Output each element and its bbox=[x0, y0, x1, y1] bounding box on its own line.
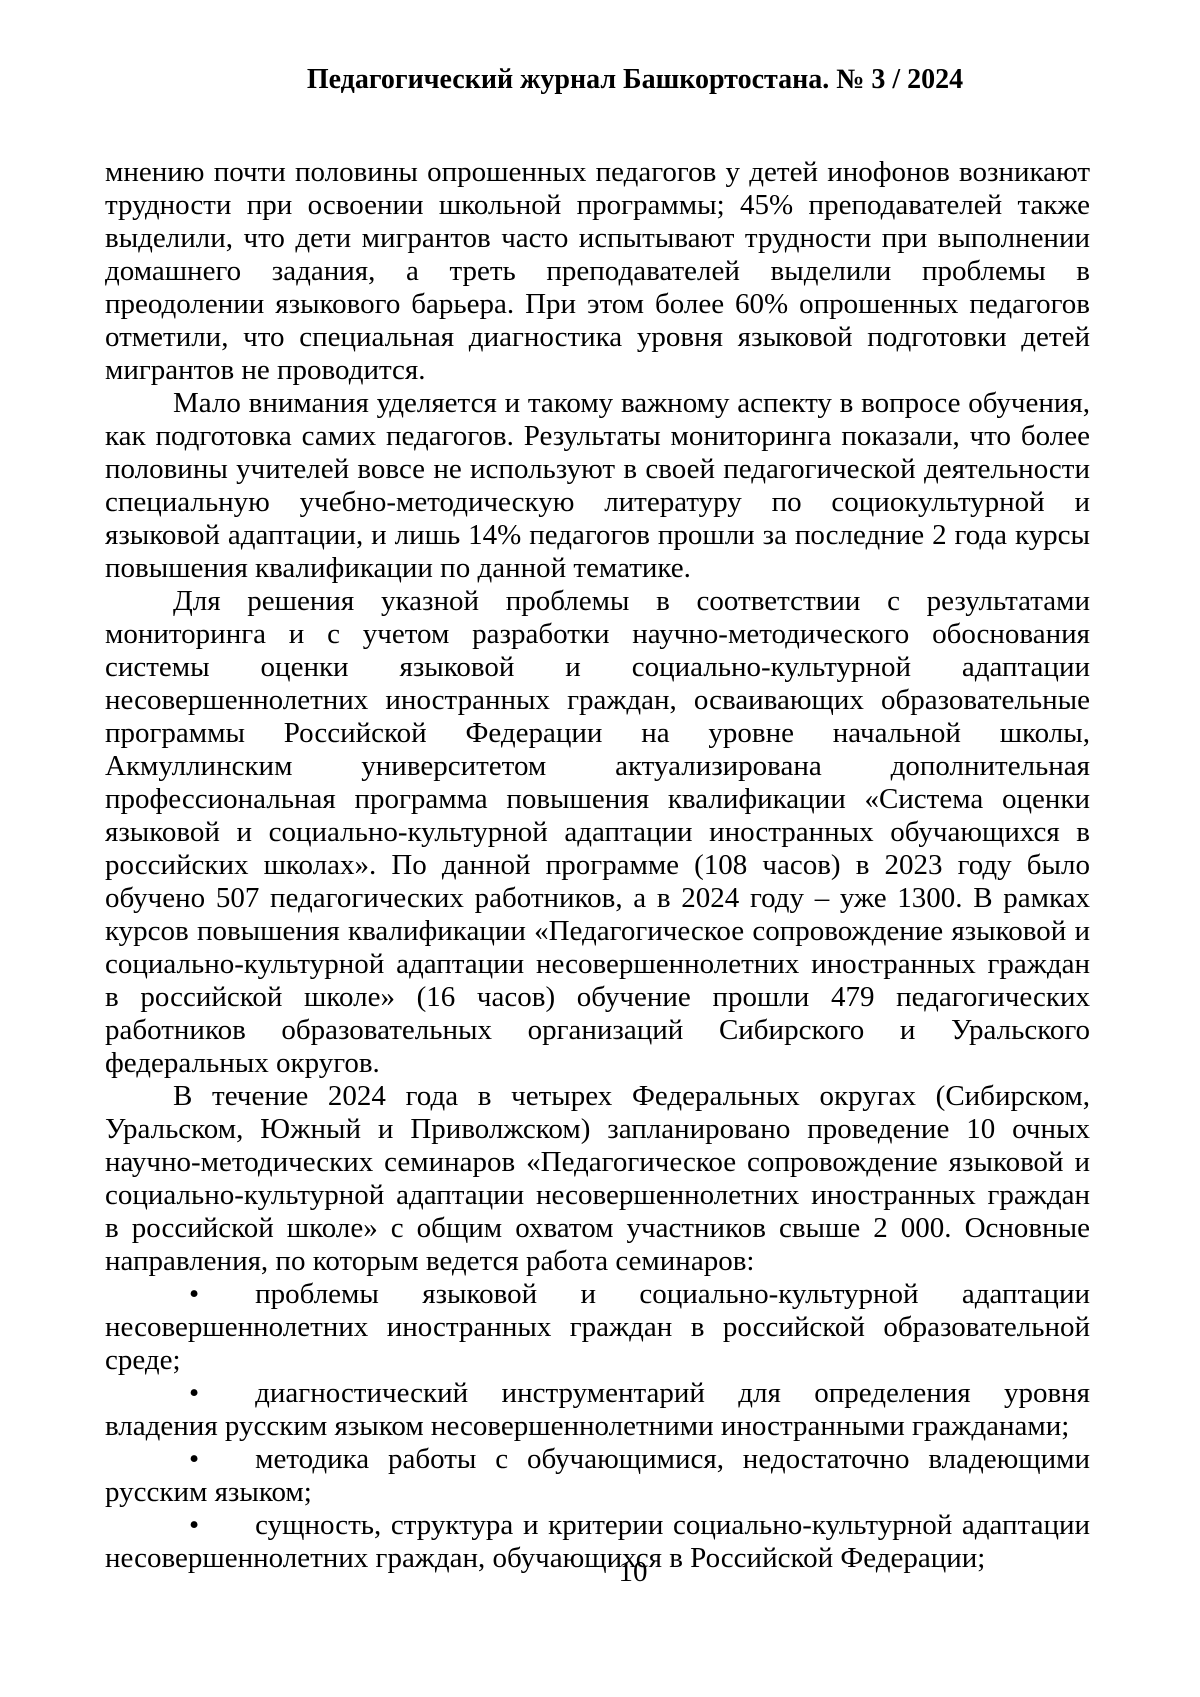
paragraph-program-qualification: Для решения указной проблемы в соответст… bbox=[105, 585, 1090, 1080]
bullet-item: •методика работы с обучающимися, недоста… bbox=[105, 1443, 1090, 1509]
paragraph-continuation: мнению почти половины опрошенных педагог… bbox=[105, 156, 1090, 387]
bullet-item: •диагностический инструментарий для опре… bbox=[105, 1377, 1090, 1443]
paragraph-teacher-training: Мало внимания уделяется и такому важному… bbox=[105, 387, 1090, 585]
document-page: Педагогический журнал Башкортостана. № 3… bbox=[0, 0, 1200, 1697]
page-number: 10 bbox=[66, 1556, 1200, 1589]
article-body: мнению почти половины опрошенных педагог… bbox=[105, 156, 1090, 1575]
bullet-icon: • bbox=[189, 1443, 199, 1475]
bullet-text: диагностический инструментарий для опред… bbox=[105, 1377, 1090, 1442]
paragraph-seminars-2024: В течение 2024 года в четырех Федеральны… bbox=[105, 1080, 1090, 1278]
journal-running-header: Педагогический журнал Башкортостана. № 3… bbox=[70, 63, 1200, 96]
bullet-icon: • bbox=[189, 1377, 199, 1409]
bullet-text: проблемы языковой и социально-культурной… bbox=[105, 1278, 1090, 1376]
bullet-text: методика работы с обучающимися, недостат… bbox=[105, 1443, 1090, 1508]
bullet-icon: • bbox=[189, 1509, 199, 1541]
bullet-icon: • bbox=[189, 1278, 199, 1310]
bullet-item: •проблемы языковой и социально-культурно… bbox=[105, 1278, 1090, 1377]
